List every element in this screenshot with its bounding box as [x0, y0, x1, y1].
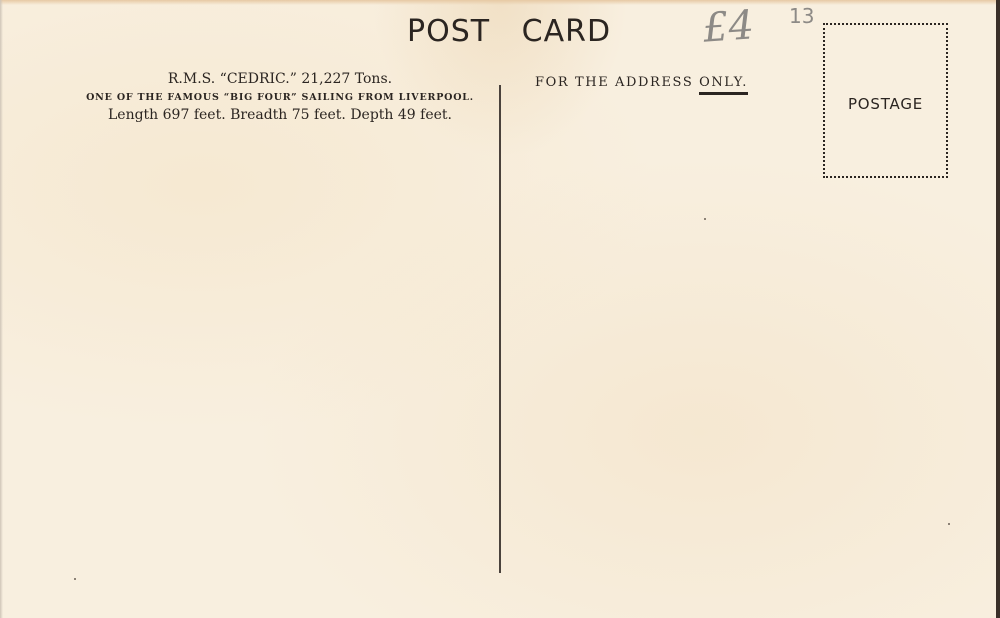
card-top-edge	[0, 0, 1000, 5]
address-label: FOR THE ADDRESS ONLY.	[535, 75, 748, 95]
postcard-back: POST CARD R.M.S. “CEDRIC.” 21,227 Tons. …	[0, 0, 1000, 618]
card-left-edge	[0, 0, 3, 618]
ship-dimensions: Length 697 feet. Breadth 75 feet. Depth …	[60, 106, 500, 124]
postage-stamp-box: POSTAGE	[823, 23, 948, 178]
center-divider	[499, 85, 501, 573]
paper-speck	[704, 218, 706, 220]
postage-label: POSTAGE	[825, 95, 946, 113]
ship-fleet-info: ONE OF THE FAMOUS “BIG FOUR” SAILING FRO…	[60, 90, 500, 106]
paper-speck	[74, 578, 76, 580]
handwritten-price: £4	[701, 2, 755, 51]
paper-speck	[948, 523, 950, 525]
handwritten-number: 13	[789, 4, 814, 28]
card-right-edge	[996, 0, 1000, 618]
postcard-title: POST CARD	[407, 14, 611, 49]
address-label-prefix: FOR THE ADDRESS	[535, 75, 699, 90]
ship-name-tonnage: R.M.S. “CEDRIC.” 21,227 Tons.	[60, 70, 500, 88]
ship-description: R.M.S. “CEDRIC.” 21,227 Tons. ONE OF THE…	[60, 70, 500, 124]
address-label-emphasis: ONLY.	[699, 75, 748, 95]
